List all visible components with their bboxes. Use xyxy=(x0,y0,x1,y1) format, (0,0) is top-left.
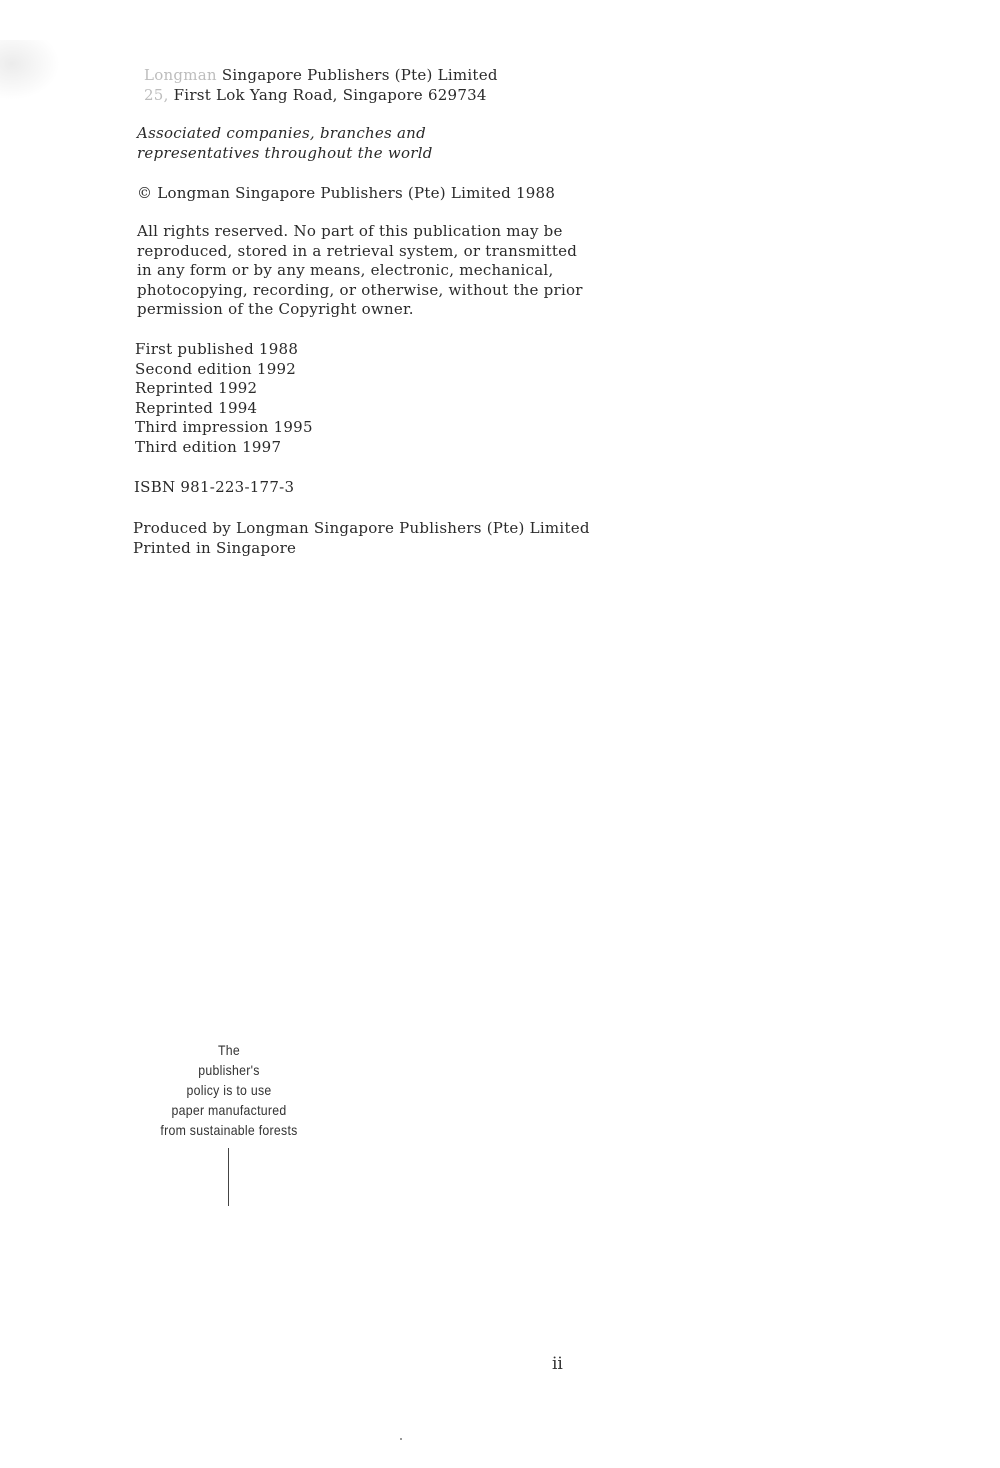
publication-history: First published 1988 Second edition 1992… xyxy=(135,340,313,458)
printed-in: Printed in Singapore xyxy=(133,539,590,559)
rights-line: All rights reserved. No part of this pub… xyxy=(137,222,583,242)
history-entry: Reprinted 1992 xyxy=(135,379,313,399)
associated-line: Associated companies, branches and xyxy=(137,124,433,144)
associated-line: representatives throughout the world xyxy=(137,144,433,164)
rights-reserved-paragraph: All rights reserved. No part of this pub… xyxy=(137,222,583,320)
associated-companies-note: Associated companies, branches and repre… xyxy=(137,124,433,163)
page-number: ii xyxy=(552,1354,563,1374)
history-entry: Reprinted 1994 xyxy=(135,399,313,419)
history-entry: Second edition 1992 xyxy=(135,360,313,380)
copyright-notice: © Longman Singapore Publishers (Pte) Lim… xyxy=(137,184,555,204)
publisher-address: Longman Singapore Publishers (Pte) Limit… xyxy=(144,66,498,105)
sustainable-paper-policy: The publisher's policy is to use paper m… xyxy=(151,1040,308,1140)
rights-line: reproduced, stored in a retrieval system… xyxy=(137,242,583,262)
rights-line: photocopying, recording, or otherwise, w… xyxy=(137,281,583,301)
history-entry: Third impression 1995 xyxy=(135,418,313,438)
scan-smudge xyxy=(0,40,60,100)
publisher-name: Longman Singapore Publishers (Pte) Limit… xyxy=(144,66,498,86)
isbn: ISBN 981-223-177-3 xyxy=(134,478,294,498)
produced-by: Produced by Longman Singapore Publishers… xyxy=(133,519,590,539)
history-entry: First published 1988 xyxy=(135,340,313,360)
scan-speck xyxy=(400,1438,402,1440)
publisher-street: 25, First Lok Yang Road, Singapore 62973… xyxy=(144,86,498,106)
production-credits: Produced by Longman Singapore Publishers… xyxy=(133,519,590,558)
history-entry: Third edition 1997 xyxy=(135,438,313,458)
rights-line: permission of the Copyright owner. xyxy=(137,300,583,320)
tree-trunk-rule xyxy=(228,1148,229,1206)
rights-line: in any form or by any means, electronic,… xyxy=(137,261,583,281)
